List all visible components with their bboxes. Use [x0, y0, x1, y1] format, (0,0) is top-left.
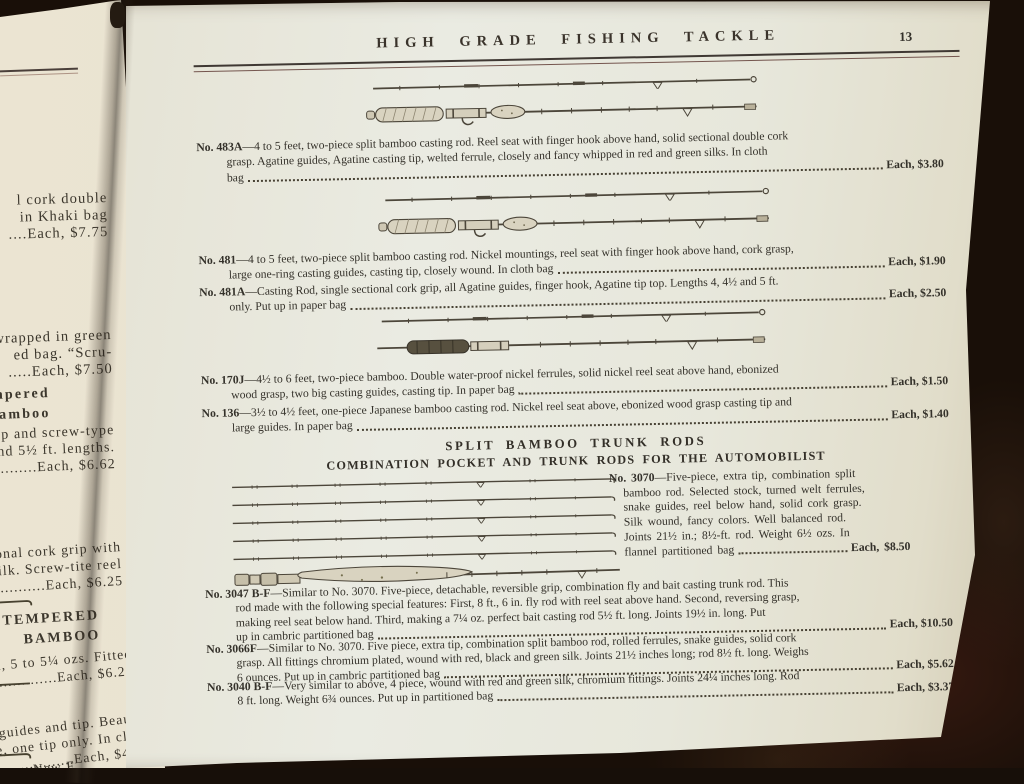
left-page-rule	[0, 68, 78, 77]
price-label: Each, $3.80	[886, 156, 944, 172]
left-page-text-fragment: l cork double in Khaki bag ....Each, $7.…	[7, 190, 108, 244]
trunk-rod-piece-illustration	[230, 492, 618, 511]
left-page-heading-fragment: TEMPERED BAMBOO	[2, 606, 101, 652]
trunk-rod-piece-illustration	[231, 528, 619, 547]
price-label: Each, $3.37	[897, 680, 955, 696]
catalog-page-content: HIGH GRADE FISHING TACKLE 13 No. 483A—4 …	[0, 0, 1024, 768]
left-page-text-fragment: grip and screw-type and 5½ ft. lengths. …	[0, 422, 116, 478]
item-number: No. 483A	[196, 140, 242, 154]
rod-illustration-group-483a	[362, 70, 765, 136]
casting-rod-tip-section-illustration	[379, 306, 767, 328]
item-number: No. 136	[201, 406, 239, 420]
entry-text: large guides. In paper bag	[232, 418, 353, 436]
catalog-right-page: HIGH GRADE FISHING TACKLE 13 No. 483A—4 …	[0, 0, 1024, 768]
price-label: Each, $1.90	[888, 253, 946, 269]
item-number: No. 481A	[199, 285, 245, 299]
cut-off-rod-tip-illustration	[0, 597, 36, 608]
fragment-price-line: .........Each, $6.62	[0, 456, 116, 479]
price-label: Each, $2.50	[889, 285, 947, 301]
item-number: No. 3070	[609, 471, 655, 485]
price-label: Each, $8.50	[851, 539, 911, 555]
trunk-rod-piece-illustration	[231, 510, 619, 529]
dot-leader	[738, 541, 847, 558]
trunk-rod-sections-illustration	[230, 472, 624, 598]
casting-rod-tip-section-illustration	[370, 73, 758, 95]
entry-text: only. Put up in paper bag	[229, 297, 346, 315]
fragment-line: empered	[0, 384, 50, 406]
cut-off-rod-tip-illustration	[0, 750, 36, 761]
page-number: 13	[899, 29, 912, 45]
item-number: No. 3066F	[206, 642, 257, 656]
entry-text: flannel partitioned bag	[624, 543, 734, 560]
fragment-price-line: ....Each, $7.75	[8, 224, 108, 244]
catalog-entry-483a: No. 483A—4 to 5 feet, two-piece split ba…	[196, 125, 944, 186]
fragment-line: Bamboo	[0, 404, 51, 426]
casting-rod-butt-section-illustration	[375, 206, 773, 242]
fragment-price-line: .....Each, $7.50	[0, 361, 113, 382]
rod-illustration-group-481	[374, 182, 767, 248]
item-number: No. 3047 B-F	[205, 587, 271, 601]
catalog-entry-3070: No. 3070—Five-piece, extra tip, combinat…	[609, 466, 911, 560]
casting-rod-ebonized-grasp-illustration	[371, 327, 769, 363]
spine-top-notch	[110, 2, 125, 28]
trunk-rod-piece-illustration	[230, 474, 618, 493]
item-number: No. 3040 B-F	[207, 680, 273, 694]
price-label: Each, $1.40	[891, 406, 949, 422]
casting-rod-butt-section-illustration	[362, 94, 760, 130]
item-number: No. 481	[198, 253, 236, 267]
left-page-text-fragment: wrapped in green ed bag. “Scru- .....Eac…	[0, 327, 113, 382]
left-page-heading-fragment: empered Bamboo	[0, 384, 51, 426]
price-label: Each, $1.50	[890, 373, 948, 389]
left-page-text-fragment: sectional cork grip with rs silk. Screw-…	[0, 538, 124, 598]
entry-text: —Five-piece, extra tip, combination spli…	[654, 467, 855, 484]
entry-text: bag	[227, 170, 244, 186]
rod-illustration-group-170j	[371, 303, 764, 369]
cut-off-rod-tip-illustration	[0, 679, 36, 690]
photographed-open-catalog: l cork double in Khaki bag ....Each, $7.…	[0, 0, 1024, 768]
casting-rod-tip-section-illustration	[382, 185, 770, 207]
item-number: No. 170J	[201, 373, 245, 387]
